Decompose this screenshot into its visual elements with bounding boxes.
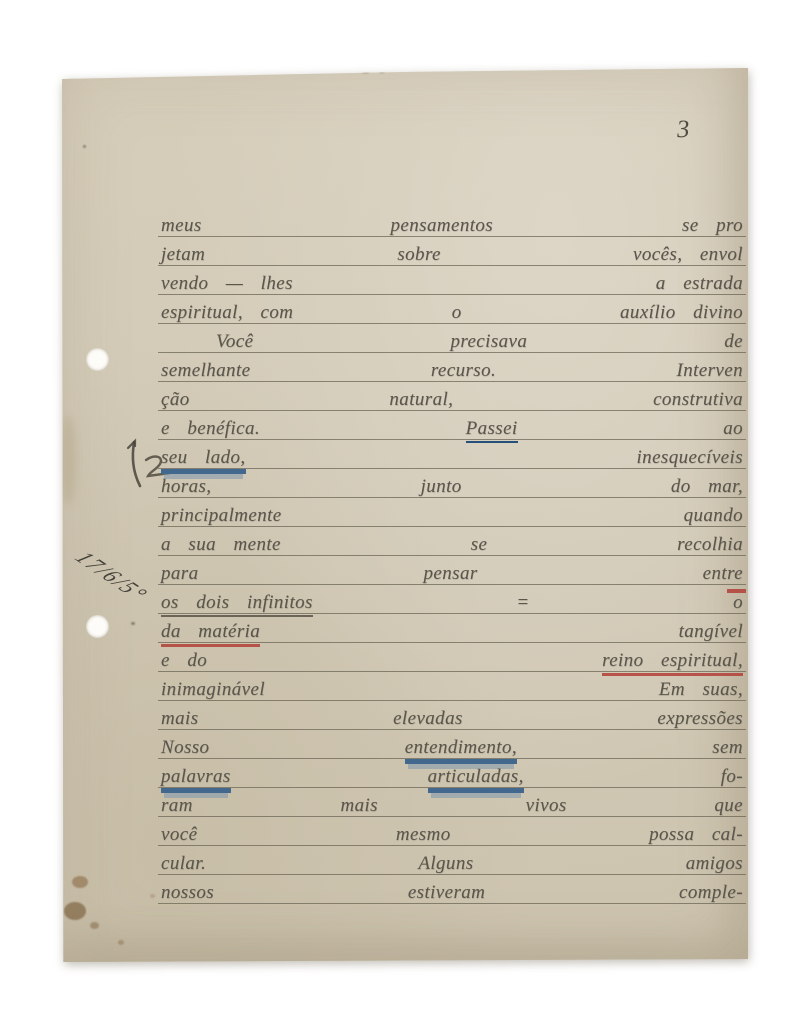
handwritten-text: possa cal- — [649, 825, 743, 845]
manuscript-line: vocêmesmopossa cal- — [158, 817, 746, 846]
stain — [120, 67, 124, 70]
stain — [60, 416, 76, 504]
handwritten-text: = — [516, 593, 529, 613]
stain — [83, 145, 86, 148]
handwritten-text: ao — [723, 419, 743, 439]
handwritten-text: pensamentos — [391, 216, 494, 236]
manuscript-line: semelhanterecurso.Interven — [158, 353, 746, 382]
manuscript-line: parapensarentre — [158, 556, 746, 585]
manuscript-line: e doreino espiritual, — [158, 643, 746, 672]
scan-background: { "document": { "type": "handwritten-man… — [0, 0, 808, 1024]
manuscript-line: a sua menteserecolhia — [158, 527, 746, 556]
handwritten-text: Você — [216, 332, 253, 352]
manuscript-line: vendo — lhesa estrada — [158, 266, 746, 295]
handwritten-text: Em suas, — [659, 680, 743, 700]
manuscript-line: Vocêprecisavade — [158, 324, 746, 353]
handwritten-text: precisava — [450, 332, 527, 352]
page-number: 3 — [676, 116, 690, 145]
handwritten-text: jetam — [161, 245, 205, 265]
manuscript-line: e benéfica.Passeiao — [158, 411, 746, 440]
handwritten-text: que — [714, 796, 743, 816]
stain — [379, 69, 385, 73]
stain — [72, 876, 88, 888]
handwritten-text: ram — [161, 796, 193, 816]
handwritten-text: expressões — [657, 709, 743, 729]
stain — [148, 70, 153, 73]
handwritten-text: articuladas, — [428, 767, 524, 793]
handwritten-text: nossos — [161, 883, 214, 903]
handwritten-text: recurso. — [431, 361, 496, 381]
manuscript-page-wrapper: 3 17/6/5° meuspensamentosse projetamsobr… — [62, 66, 748, 962]
handwritten-text: vocês, envol — [633, 245, 743, 265]
handwritten-text: ção — [161, 390, 190, 410]
handwritten-text: Alguns — [418, 854, 473, 874]
handwritten-text: comple- — [679, 883, 743, 903]
handwritten-text: reino espiritual, — [602, 651, 743, 676]
manuscript-line: nossosestiveramcomple- — [158, 875, 746, 904]
stain — [360, 67, 371, 73]
manuscript-line: horas,juntodo mar, — [158, 469, 746, 498]
handwritten-text: Interven — [677, 361, 744, 381]
punch-hole — [86, 348, 109, 371]
handwritten-text: a estrada — [656, 274, 743, 294]
handwritten-text: elevadas — [393, 709, 463, 729]
handwritten-text: mais — [340, 796, 378, 816]
handwritten-text: do mar, — [671, 477, 743, 497]
handwritten-text: Nosso — [161, 738, 209, 758]
handwritten-text: semelhante — [161, 361, 250, 381]
handwritten-text: a sua mente — [161, 535, 281, 555]
handwritten-text: estiveram — [408, 883, 485, 903]
manuscript-line: principalmentequando — [158, 498, 746, 527]
handwritten-text: entre — [703, 564, 743, 584]
stain — [64, 902, 86, 920]
handwritten-text: você — [161, 825, 197, 845]
handwritten-text: principalmente — [161, 506, 282, 526]
handwritten-text: se — [471, 535, 488, 555]
handwritten-text: espiritual, com — [161, 303, 293, 323]
manuscript-page: 3 17/6/5° meuspensamentosse projetamsobr… — [62, 66, 748, 962]
handwritten-text: sem — [712, 738, 743, 758]
ruled-lines: meuspensamentosse projetamsobrevocês, en… — [158, 208, 746, 904]
manuscript-line: jetamsobrevocês, envol — [158, 237, 746, 266]
manuscript-line: da matériatangível — [158, 614, 746, 643]
handwritten-text: inesquecíveis — [637, 448, 744, 468]
stain — [150, 894, 155, 898]
stain — [182, 68, 190, 72]
handwritten-text: meus — [161, 216, 202, 236]
manuscript-line: meuspensamentosse pro — [158, 208, 746, 237]
handwritten-text: seu lado, — [161, 448, 246, 474]
handwritten-text: mais — [161, 709, 199, 729]
handwritten-text: e benéfica. — [161, 419, 260, 439]
handwritten-text: o — [452, 303, 462, 323]
handwritten-text: e do — [161, 651, 207, 671]
handwritten-text: sobre — [397, 245, 441, 265]
manuscript-line: espiritual, comoauxílio divino — [158, 295, 746, 324]
handwritten-text: o — [733, 593, 743, 613]
manuscript-line: cular.Algunsamigos — [158, 846, 746, 875]
handwritten-text: pensar — [424, 564, 478, 584]
handwritten-text: da matéria — [161, 622, 260, 647]
handwritten-text: junto — [421, 477, 462, 497]
handwritten-text: se pro — [682, 216, 743, 236]
handwritten-text: mesmo — [396, 825, 451, 845]
handwritten-text: Passei — [466, 419, 518, 443]
manuscript-line: maiselevadasexpressões — [158, 701, 746, 730]
handwritten-text: auxílio divino — [620, 303, 743, 323]
manuscript-line: Nossoentendimento,sem — [158, 730, 746, 759]
manuscript-line: inimaginávelEm suas, — [158, 672, 746, 701]
manuscript-line: çãonatural,construtiva — [158, 382, 746, 411]
handwritten-text: recolhia — [677, 535, 743, 555]
manuscript-line: seu lado,inesquecíveis — [158, 440, 746, 469]
handwritten-text: natural, — [389, 390, 453, 410]
handwritten-text: palavras — [161, 767, 231, 793]
stain — [90, 922, 99, 929]
handwritten-text: inimaginável — [161, 680, 265, 700]
handwritten-text: tangível — [679, 622, 743, 642]
handwritten-text: quando — [684, 506, 743, 526]
handwritten-text: os dois infinitos — [161, 593, 313, 617]
punch-hole — [86, 615, 109, 638]
handwritten-text: amigos — [686, 854, 743, 874]
handwritten-text: entendimento, — [405, 738, 517, 764]
stain — [102, 69, 108, 73]
handwritten-text: vivos — [526, 796, 567, 816]
stain — [118, 940, 124, 945]
manuscript-line: os dois infinitos=o — [158, 585, 746, 614]
stain — [212, 69, 216, 72]
margin-date-note: 17/6/5° — [68, 548, 155, 604]
handwritten-text: cular. — [161, 854, 206, 874]
handwritten-text: construtiva — [653, 390, 743, 410]
handwritten-text: para — [161, 564, 199, 584]
handwritten-text: de — [724, 332, 743, 352]
handwritten-text: vendo — lhes — [161, 274, 293, 294]
handwritten-text: horas, — [161, 477, 211, 497]
stain — [131, 622, 135, 625]
handwritten-text: fo- — [721, 767, 743, 787]
